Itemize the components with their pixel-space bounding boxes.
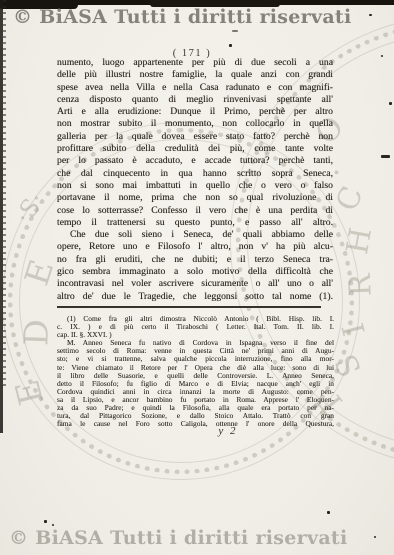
ink-speck	[374, 536, 376, 538]
signature-mark: y 2	[90, 425, 366, 437]
footnote-block: (1) Come fra gli altri dimostra Niccolò …	[57, 315, 334, 428]
ink-speck	[52, 524, 54, 526]
text-line: per lo passato è accaduto, e accade tutt…	[57, 155, 333, 167]
ink-speck	[381, 155, 390, 158]
footnote-divider-rule	[57, 306, 321, 308]
stamp-letter: H	[343, 226, 377, 257]
text-line: opere, Retore uno e Filosofo l' altro, n…	[57, 241, 333, 253]
stamp-letter: D	[19, 319, 53, 347]
ink-speck	[232, 30, 238, 32]
text-line: profittare subito della credulità dei pi…	[57, 143, 333, 155]
text-line: che dal cinquecento in qua hanno scritto…	[57, 168, 333, 180]
text-line: altro de' due le Tragedie, che leggonsi …	[57, 291, 333, 303]
text-line: cose lo sotterrasse? Confesso il vero ch…	[57, 205, 333, 217]
text-line: Arti e alla erudizione: Dunque il Primo,…	[57, 106, 333, 118]
text-line: gico sembra immaginato a solo motivo del…	[57, 266, 333, 278]
scan-edge-left-stipple	[3, 0, 6, 389]
scanned-book-page: ·S·EDE O·CHRIST © BiASA Tutti i diritti …	[0, 0, 394, 555]
text-line: non si sono mai imbattuti in quello che …	[57, 180, 333, 192]
stamp-letter: R	[346, 273, 377, 297]
text-line: incontravasi nel voler ascrivere sicuram…	[57, 278, 333, 290]
text-line: spese avea nella Villa e nella Casa radu…	[57, 82, 333, 94]
ink-speck	[229, 44, 232, 47]
text-line: tempo il trattenersi su questo punto, e …	[57, 217, 333, 229]
text-line: no fra gli eruditi, che ne dubiti; e il …	[57, 254, 333, 266]
text-line: delle più illustri nostre famiglie, la q…	[57, 69, 333, 81]
text-line: non mostrar subito il monumento, non col…	[57, 118, 333, 130]
text-line: Che due soli sieno i Seneca, de' quali a…	[57, 229, 333, 241]
copyright-watermark-bottom: © BiASA Tutti i diritti riservati	[9, 527, 348, 549]
ink-speck	[327, 511, 330, 514]
ink-speck	[381, 55, 383, 57]
text-line: numento, luogo appartenente per più di d…	[57, 57, 333, 69]
ink-speck	[369, 14, 372, 16]
copyright-watermark-top: © BiASA Tutti i diritti riservati	[13, 6, 352, 28]
ink-speck	[44, 520, 47, 523]
main-text-block: numento, luogo appartenente per più di d…	[57, 57, 333, 303]
ink-speck	[389, 102, 392, 105]
text-line: cenza disposto quanto di meglio rinveniv…	[57, 94, 333, 106]
text-line: portavane il nome, prima che non so qual…	[57, 192, 333, 204]
text-line: galleria per la quale dovea essere stato…	[57, 131, 333, 143]
